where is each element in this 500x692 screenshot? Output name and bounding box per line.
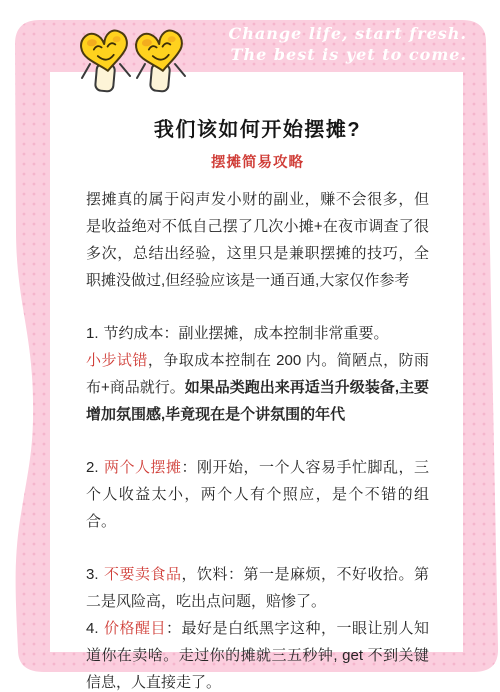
- tip-item-4: 4.价格醒目：最好是白纸黑字这种，一眼让别人知道你在卖啥。走过你的摊就三五秒钟,…: [86, 615, 429, 692]
- poster-page: { "slogan": { "line1": "Change life, sta…: [0, 0, 500, 692]
- guide-body: 摆摊真的属于闷声发小财的副业，赚不会很多，但是收益绝对不低自己摆了几次小摊+在夜…: [86, 186, 429, 692]
- tip-3-keyword: 不要卖食品: [104, 566, 182, 583]
- tip-2-keyword: 两个人摆摊: [104, 459, 182, 476]
- tip-1-number: 1.: [86, 325, 99, 342]
- slogan-line-2: The best is yet to come.: [228, 44, 467, 65]
- tip-item-1: 1.节约成本：副业摆摊，成本控制非常重要。小步试错，争取成本控制在 200 内。…: [86, 320, 429, 428]
- tip-item-2: 2.两个人摆摊：刚开始，一个人容易手忙脚乱，三个人收益太小，两个人有个照应，是个…: [86, 454, 429, 535]
- slogan: Change life, start fresh. The best is ye…: [228, 23, 467, 65]
- tip-1-keyword: 小步试错: [86, 352, 148, 369]
- page-title: 我们该如何开始摆摊?: [86, 116, 429, 144]
- intro-paragraph: 摆摊真的属于闷声发小财的副业，赚不会很多，但是收益绝对不低自己摆了几次小摊+在夜…: [86, 186, 429, 294]
- guide-card: 我们该如何开始摆摊? 摆摊简易攻略 摆摊真的属于闷声发小财的副业，赚不会很多，但…: [50, 72, 463, 652]
- slogan-line-1: Change life, start fresh.: [228, 23, 467, 44]
- tip-4-number: 4.: [86, 620, 99, 637]
- tip-2-number: 2.: [86, 459, 99, 476]
- tip-1-lead: 节约成本：副业摆摊，成本控制非常重要。: [104, 325, 389, 342]
- tip-item-3: 3.不要卖食品，饮料：第一是麻烦，不好收拾。第二是风险高，吃出点问题，赔惨了。: [86, 561, 429, 615]
- tip-4-keyword: 价格醒目: [104, 620, 167, 637]
- tip-3-number: 3.: [86, 566, 99, 583]
- page-subtitle: 摆摊简易攻略: [86, 153, 429, 173]
